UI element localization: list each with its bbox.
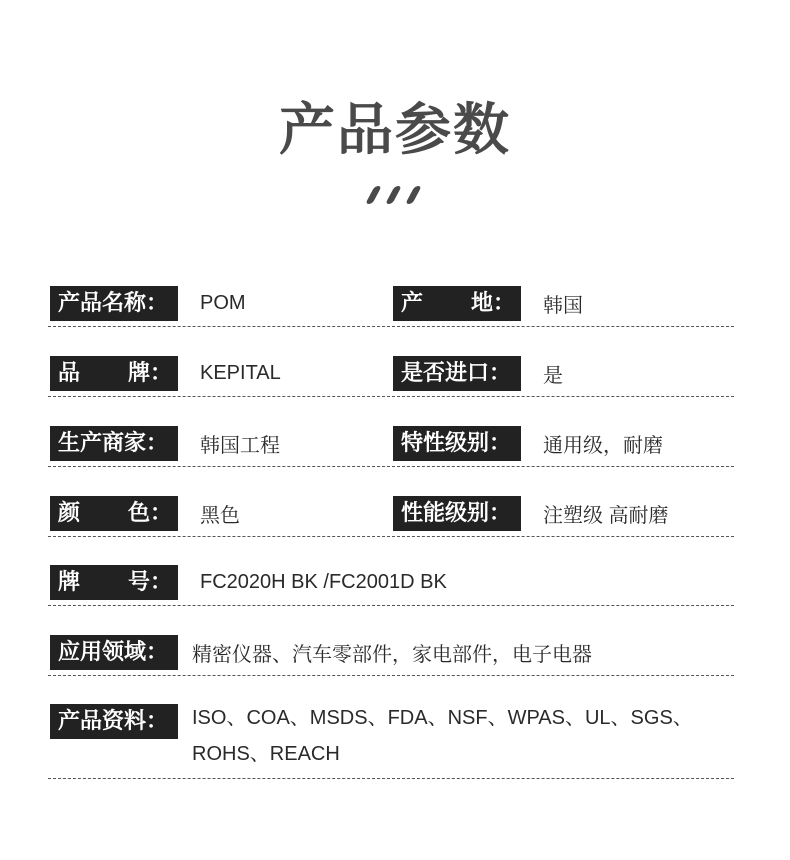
- slash-mark-icon: [385, 186, 402, 204]
- param-documents: 产品资料： ISO、COA、MSDS、FDA、NSF、WPAS、UL、SGS、R…: [50, 704, 732, 772]
- param-row: 品牌： KEPITAL 是否进口： 是: [48, 356, 734, 397]
- param-feature-grade: 特性级别： 通用级，耐磨: [393, 426, 663, 461]
- param-row: 产品名称： POM 产地： 韩国: [48, 286, 734, 327]
- param-value: ISO、COA、MSDS、FDA、NSF、WPAS、UL、SGS、ROHS、RE…: [192, 700, 732, 772]
- param-value: 注塑级 高耐磨: [543, 499, 669, 528]
- param-color: 颜色： 黑色: [50, 496, 240, 531]
- param-value: 精密仪器、汽车零部件，家电部件，电子电器: [192, 638, 592, 667]
- param-row: 产品资料： ISO、COA、MSDS、FDA、NSF、WPAS、UL、SGS、R…: [48, 704, 734, 779]
- param-imported: 是否进口： 是: [393, 356, 563, 391]
- slash-mark-icon: [365, 186, 382, 204]
- param-label: 品牌：: [50, 356, 178, 391]
- param-label: 应用领域：: [50, 635, 178, 670]
- param-label: 生产商家：: [50, 426, 178, 461]
- param-value: 黑色: [200, 499, 240, 528]
- param-label: 产品资料：: [50, 704, 178, 739]
- slash-mark-icon: [405, 186, 422, 204]
- param-value: POM: [200, 292, 246, 315]
- param-value: 韩国: [543, 289, 583, 318]
- param-label: 颜色：: [50, 496, 178, 531]
- param-value: 韩国工程: [200, 429, 280, 458]
- param-value: 通用级，耐磨: [543, 429, 663, 458]
- param-label: 性能级别：: [393, 496, 521, 531]
- page-title: 产品参数: [0, 96, 790, 166]
- param-grade-number: 牌号： FC2020H BK /FC2001D BK: [50, 565, 447, 600]
- param-application: 应用领域： 精密仪器、汽车零部件，家电部件，电子电器: [50, 635, 592, 670]
- param-manufacturer: 生产商家： 韩国工程: [50, 426, 280, 461]
- param-label: 牌号：: [50, 565, 178, 600]
- param-brand: 品牌： KEPITAL: [50, 356, 281, 391]
- param-product-name: 产品名称： POM: [50, 286, 246, 321]
- param-row: 生产商家： 韩国工程 特性级别： 通用级，耐磨: [48, 426, 734, 467]
- title-decoration: [366, 186, 426, 206]
- param-value: FC2020H BK /FC2001D BK: [200, 571, 447, 594]
- param-label: 产品名称：: [50, 286, 178, 321]
- param-label: 特性级别：: [393, 426, 521, 461]
- param-performance-grade: 性能级别： 注塑级 高耐磨: [393, 496, 669, 531]
- param-row: 颜色： 黑色 性能级别： 注塑级 高耐磨: [48, 496, 734, 537]
- param-value: KEPITAL: [200, 362, 281, 385]
- param-label: 是否进口：: [393, 356, 521, 391]
- param-row: 应用领域： 精密仪器、汽车零部件，家电部件，电子电器: [48, 635, 734, 676]
- param-label: 产地：: [393, 286, 521, 321]
- param-value: 是: [543, 359, 563, 388]
- param-origin: 产地： 韩国: [393, 286, 583, 321]
- param-row: 牌号： FC2020H BK /FC2001D BK: [48, 565, 734, 606]
